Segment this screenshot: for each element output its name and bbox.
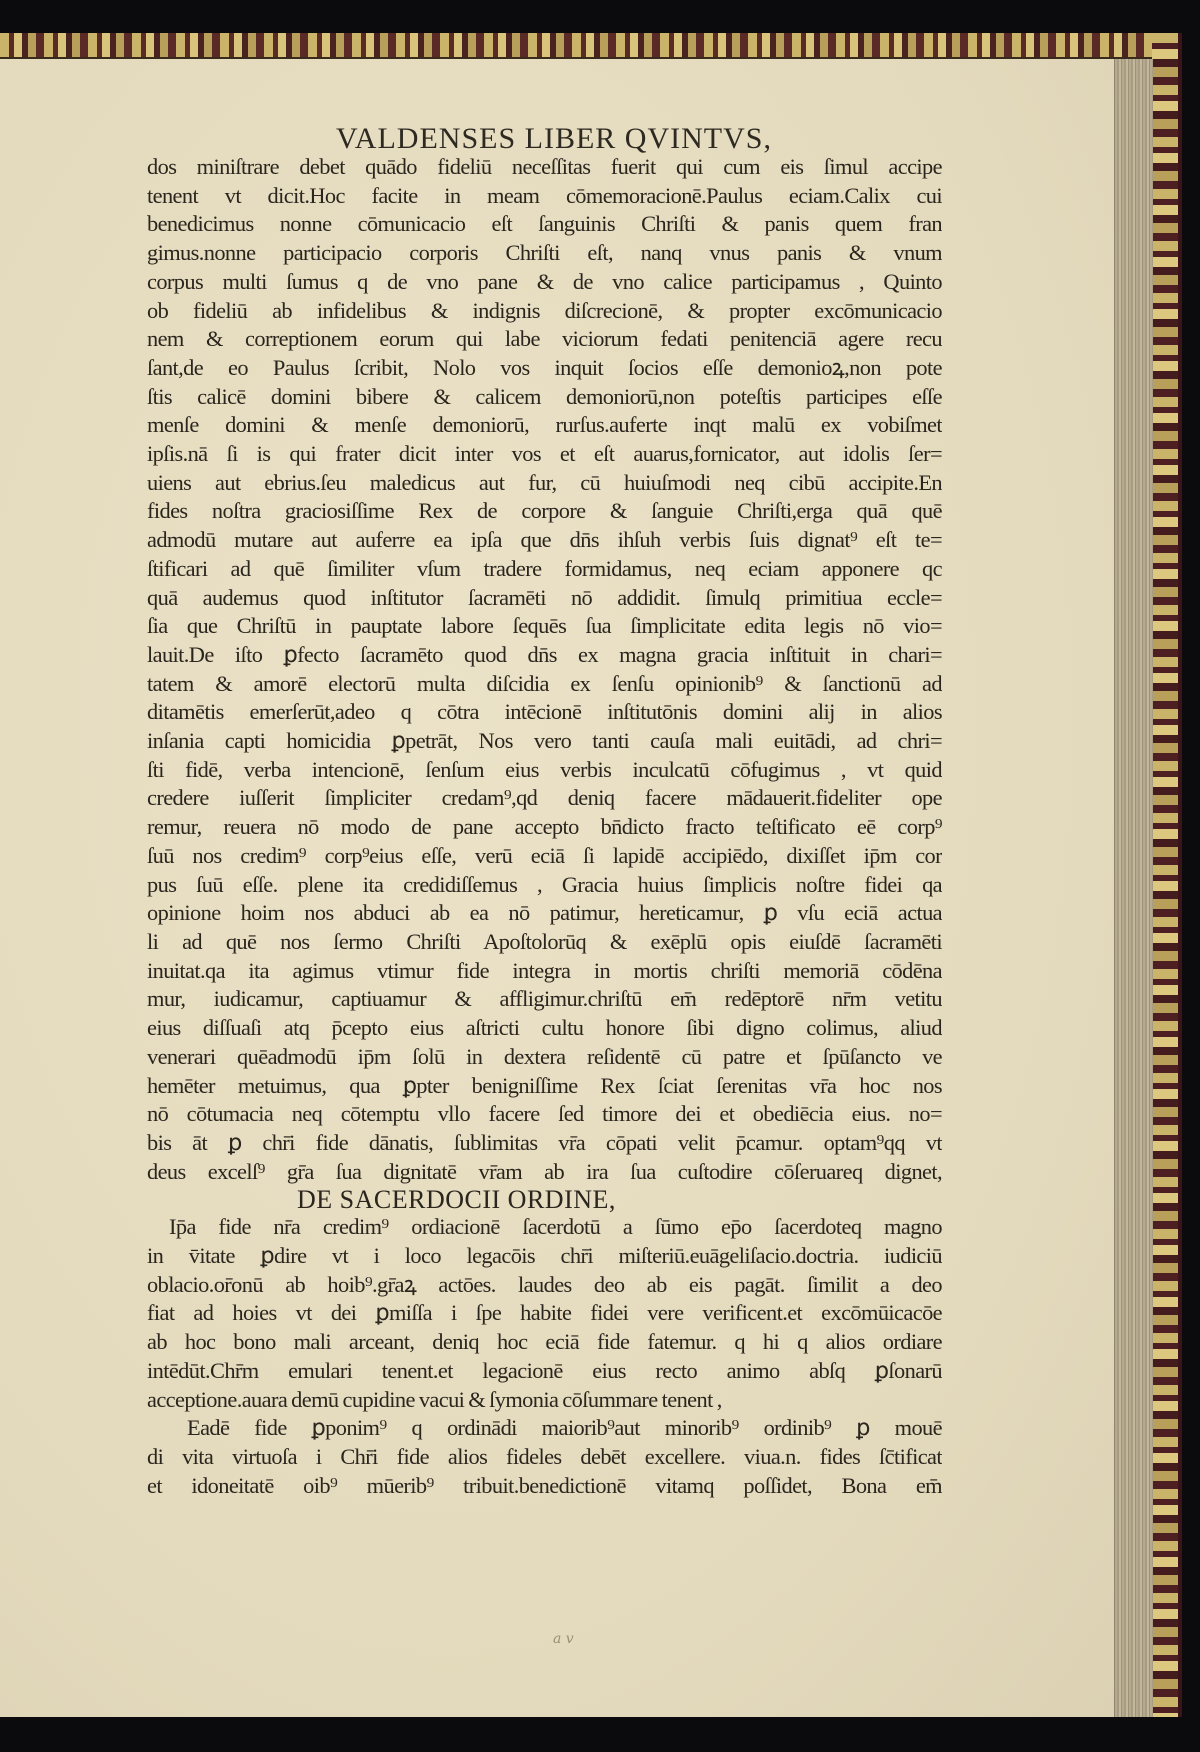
text-line: et idoneitatē oib⁹ mūerib⁹ tribuit.bened… [147,1472,942,1501]
text-line: deus excelſ⁹ gr̄a ſua dignitatē vr̄am ab… [147,1158,942,1187]
text-line: oblacio.or̄onū ab hoib⁹.gr̄aꝝ actōes. la… [147,1271,942,1300]
text-line: benedicimus nonne cōmunicacio eſt ſangui… [147,210,942,239]
text-line: lauit.De iſto ꝑfecto ſacramēto quod dn̄s… [147,641,942,670]
text-line: menſe domini & menſe demoniorū, rurſus.a… [147,411,942,440]
text-line: acceptione.auara demū cupidine vacui & ſ… [147,1386,942,1415]
text-line: ob fideliū ab infidelibus & indignis diſ… [147,297,942,326]
text-line: ipſis.nā ſi is qui frater dicit inter vo… [147,440,942,469]
text-line: Eadē fide ꝑponim⁹ q ordinādi maiorib⁹aut… [147,1414,942,1443]
text-line: ſia que Chriſtū in pauptate labore ſequē… [147,612,942,641]
section-heading: DE SACERDOCII ORDINE, [147,1187,942,1213]
text-line: inſania capti homicidia ꝑpetrāt, Nos ver… [147,727,942,756]
text-line: tatem & amorē electorū multa diſcidia ex… [147,670,942,699]
text-line: quā audemus quod inſtitutor ſacramēti nō… [147,584,942,613]
text-line: corpus multi ſumus q de vno pane & de vn… [147,268,942,297]
text-line: admodū mutare aut auferre ea ipſa que dn… [147,526,942,555]
text-line: li ad quē nos ſermo Chriſti Apoſtolorūq … [147,928,942,957]
page-fore-edge [1114,59,1153,1717]
gilt-binding-border-top [0,33,1178,59]
text-line: nem & correptionem eorum qui labe vicior… [147,325,942,354]
text-line: gimus.nonne participacio corporis Chriſt… [147,239,942,268]
body-text: dos miniſtrare debet quādo fideliū neceſ… [147,153,942,1500]
text-line: dos miniſtrare debet quādo fideliū neceſ… [147,153,942,182]
text-line: ſtis calicē domini bibere & calicem demo… [147,383,942,412]
text-line: credere iuſſerit ſimpliciter credam⁹,qd … [147,784,942,813]
text-line: mur, iudicamur, captiuamur & affligimur.… [147,985,942,1014]
text-line: pus ſuū eſſe. plene ita credidiſſemus , … [147,871,942,900]
text-line: inuitat.qa ita agimus vtimur fide integr… [147,957,942,986]
book-page: VALDENSES LIBER QVINTVS, dos miniſtrare … [0,59,1114,1717]
text-line: opinione hoim nos abduci ab ea nō patimu… [147,899,942,928]
text-line: intēdūt.Chr̄m emulari tenent.et legacion… [147,1357,942,1386]
background-bottom [0,1717,1200,1752]
text-line: remur, reuera nō modo de pane accepto bn… [147,813,942,842]
text-line: ditamētis emerſerūt,adeo q cōtra intēcio… [147,698,942,727]
text-line: ab hoc bono mali arceant, deniq hoc eciā… [147,1328,942,1357]
text-line: hemēter metuimus, qua ꝑpter benigniſſime… [147,1072,942,1101]
text-line: venerari quēadmodū ip̄m ſolū in dextera … [147,1043,942,1072]
running-head: VALDENSES LIBER QVINTVS, [336,122,772,156]
text-line: eius diſſuaſi atq p̄cepto eius aſtricti … [147,1014,942,1043]
text-line: bis āt ꝑ chr̄i fide dānatis, ſublimitas … [147,1129,942,1158]
text-line: nō cōtumacia neq cōtemptu vllo facere ſe… [147,1100,942,1129]
text-line: ſant,de eo Paulus ſcribit, Nolo vos inqu… [147,354,942,383]
text-line: fides noſtra graciosiſſime Rex de corpor… [147,497,942,526]
text-line: ſti fidē, verba intencionē, ſenſum eius … [147,756,942,785]
text-line: ſuū nos credim⁹ corp⁹eius eſſe, verū eci… [147,842,942,871]
text-line: di vita virtuoſa i Chr̄i fide alios fide… [147,1443,942,1472]
text-line: in v̄itate ꝑdire vt i loco legacōis chr̄… [147,1242,942,1271]
text-line: Ip̄a fide nr̄a credim⁹ ordiacionē ſacerd… [147,1213,942,1242]
text-line: fiat ad hoies vt dei ꝑmiſſa i ſpe habite… [147,1299,942,1328]
text-line: uiens aut ebrius.ſeu maledicus aut fur, … [147,469,942,498]
signature-mark: a v [553,1631,574,1647]
text-line: ſtificari ad quē ſimiliter vſum tradere … [147,555,942,584]
gilt-binding-border-right [1152,33,1182,1717]
text-line: tenent vt dicit.Hoc facite in meam cōmem… [147,182,942,211]
